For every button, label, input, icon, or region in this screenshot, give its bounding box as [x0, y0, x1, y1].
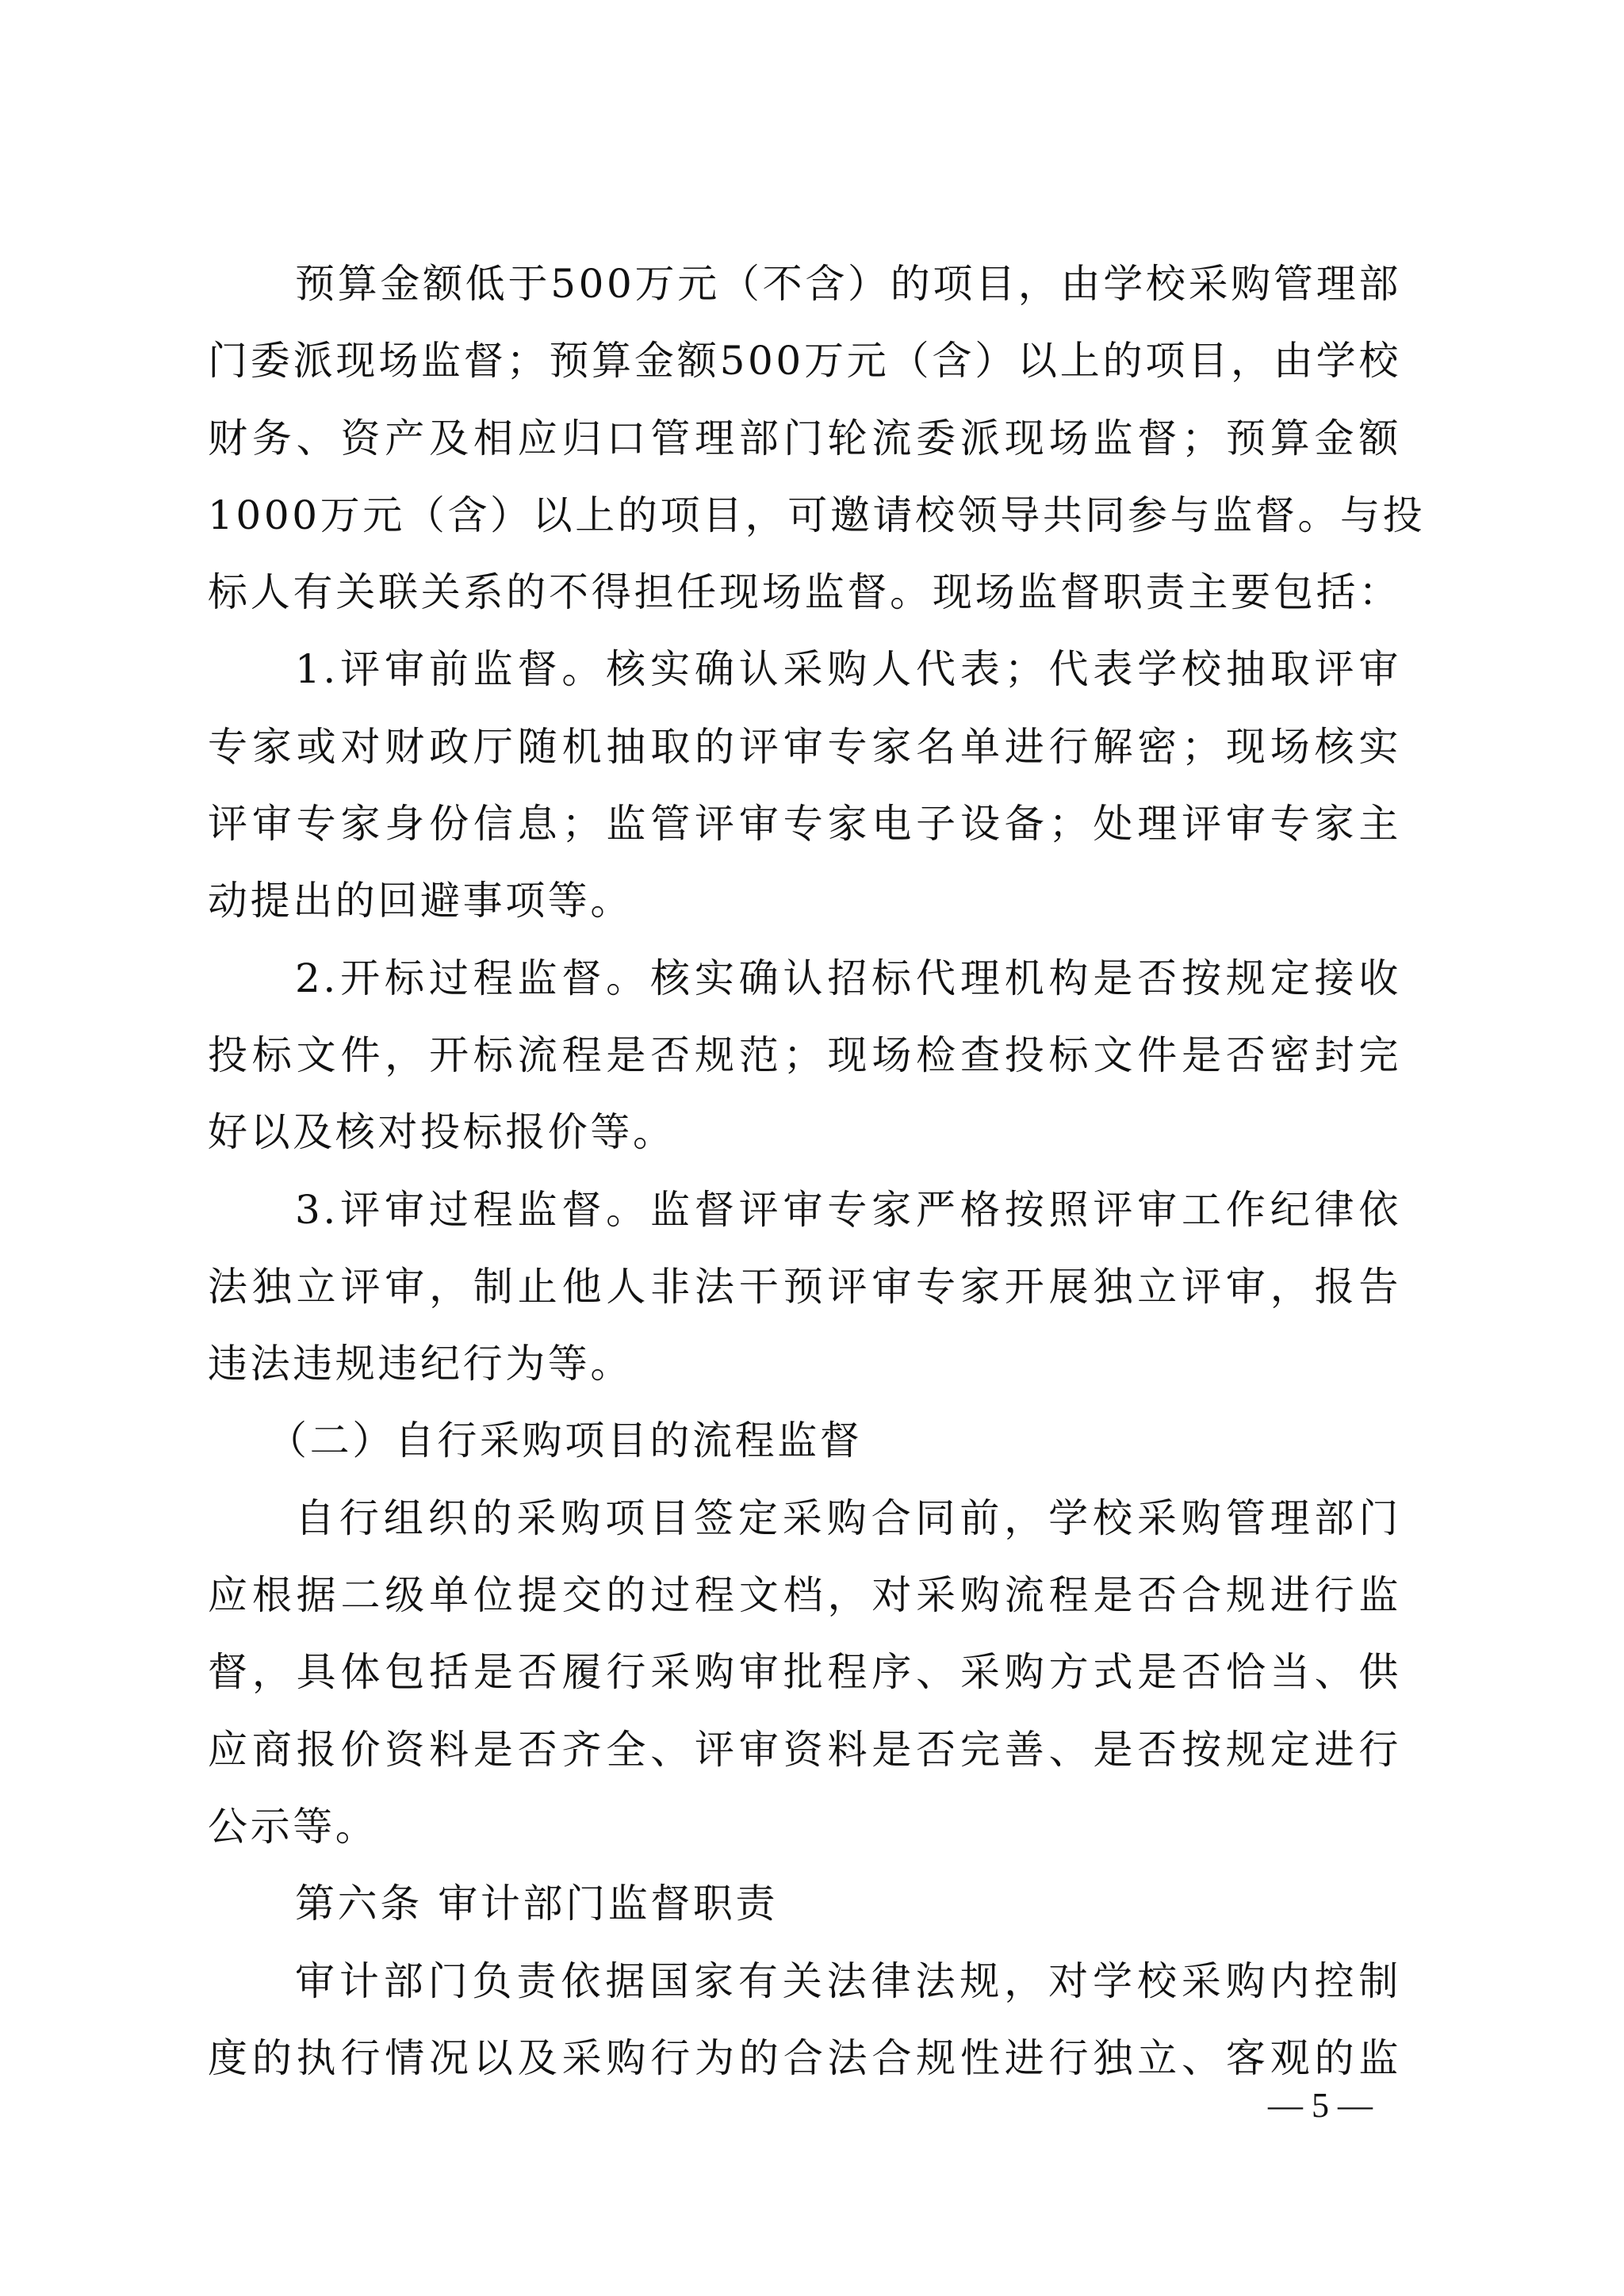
paragraph-line: 应根据二级单位提交的过程文档，对采购流程是否合规进行监	[208, 1557, 1401, 1634]
paragraph-line: 公示等。	[208, 1789, 1401, 1865]
paragraph-line: 标人有关联关系的不得担任现场监督。现场监督职责主要包括：	[208, 554, 1401, 631]
list-item-line: 投标文件，开标流程是否规范；现场检查投标文件是否密封完	[208, 1017, 1401, 1094]
document-page: 预算金额低于500万元（不含）的项目，由学校采购管理部 门委派现场监督；预算金额…	[0, 0, 1624, 2296]
paragraph-line: 应商报价资料是否齐全、评审资料是否完善、是否按规定进行	[208, 1712, 1401, 1789]
paragraph-line: 督，具体包括是否履行采购审批程序、采购方式是否恰当、供	[208, 1634, 1401, 1711]
paragraph-line: 1000万元（含）以上的项目，可邀请校领导共同参与监督。与投	[208, 477, 1401, 554]
list-item-line: 专家或对财政厅随机抽取的评审专家名单进行解密；现场核实	[208, 709, 1401, 786]
list-item-line: 好以及核对投标报价等。	[208, 1094, 1401, 1171]
paragraph-line: 预算金额低于500万元（不含）的项目，由学校采购管理部	[208, 246, 1401, 323]
list-item-line: 3.评审过程监督。监督评审专家严格按照评审工作纪律依	[208, 1172, 1401, 1249]
list-item-line: 违法违规违纪行为等。	[208, 1326, 1401, 1402]
paragraph-line: 度的执行情况以及采购行为的合法合规性进行独立、客观的监	[208, 2020, 1401, 2097]
list-item-line: 法独立评审，制止他人非法干预评审专家开展独立评审，报告	[208, 1249, 1401, 1326]
list-item-line: 2.开标过程监督。核实确认招标代理机构是否按规定接收	[208, 940, 1401, 1017]
paragraph-line: 审计部门负责依据国家有关法律法规，对学校采购内控制	[208, 1943, 1401, 2020]
body-text: 预算金额低于500万元（不含）的项目，由学校采购管理部 门委派现场监督；预算金额…	[208, 246, 1401, 2097]
paragraph-line: 门委派现场监督；预算金额500万元（含）以上的项目，由学校	[208, 323, 1401, 400]
list-item-line: 1.评审前监督。核实确认采购人代表；代表学校抽取评审	[208, 631, 1401, 708]
paragraph-line: 财务、资产及相应归口管理部门轮流委派现场监督；预算金额	[208, 400, 1401, 477]
paragraph-line: 自行组织的采购项目签定采购合同前，学校采购管理部门	[208, 1480, 1401, 1557]
list-item-line: 评审专家身份信息；监管评审专家电子设备；处理评审专家主	[208, 786, 1401, 863]
section-heading: （二）自行采购项目的流程监督	[208, 1402, 1401, 1479]
article-heading: 第六条 审计部门监督职责	[208, 1865, 1401, 1942]
page-number: — 5 —	[1245, 2085, 1396, 2126]
list-item-line: 动提出的回避事项等。	[208, 863, 1401, 939]
